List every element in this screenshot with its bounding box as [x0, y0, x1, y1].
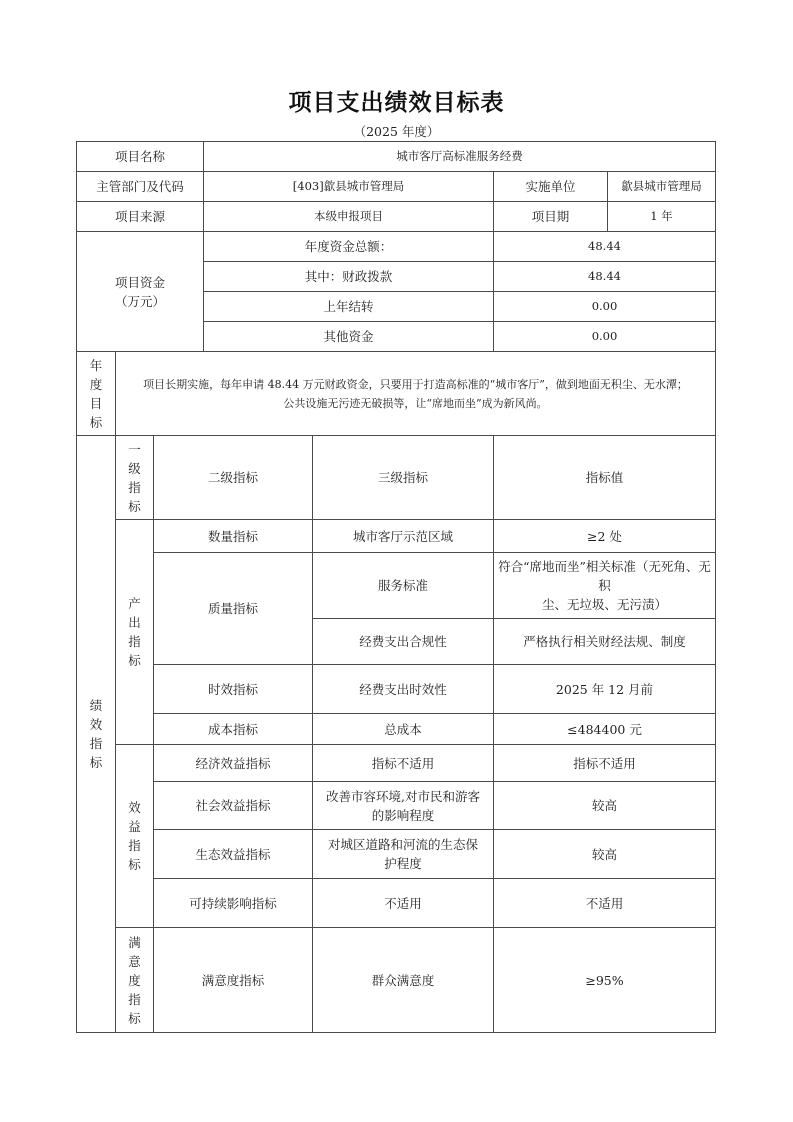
row-annual-goal: 年 度 目 标 项目长期实施，每年申请 48.44 万元财政资金，只要用于打造高… [77, 352, 716, 436]
row-social: 社会效益指标 改善市容环境,对市民和游客 的影响程度 较高 [77, 782, 716, 830]
quality-compliance-level3: 经费支出合规性 [313, 619, 494, 665]
fund-row-label: 年度资金总额： [204, 232, 494, 262]
ecological-level3: 对城区道路和河流的生态保 护程度 [313, 830, 494, 879]
quality-indicator-label: 质量指标 [154, 553, 313, 665]
quality-service-level3: 服务标准 [313, 553, 494, 619]
performance-goal-table: 项目名称 城市客厅高标准服务经费 主管部门及代码 [403]歙县城市管理局 实施… [76, 141, 716, 1033]
fund-row-label: 其中：财政拨款 [204, 262, 494, 292]
social-value: 较高 [494, 782, 716, 830]
annual-goal-line1: 项目长期实施，每年申请 48.44 万元财政资金，只要用于打造高标准的“城市客厅… [124, 375, 707, 394]
quantity-level3: 城市客厅示范区域 [313, 520, 494, 553]
annual-goal-label: 年 度 目 标 [77, 352, 116, 436]
timeliness-level3: 经费支出时效性 [313, 665, 494, 714]
sustainable-indicator-label: 可持续影响指标 [154, 879, 313, 928]
project-name-value: 城市客厅高标准服务经费 [204, 142, 716, 172]
level3-header: 三级指标 [313, 436, 494, 520]
project-source-label: 项目来源 [77, 202, 204, 232]
fund-row-label: 其他资金 [204, 322, 494, 352]
row-timeliness: 时效指标 经费支出时效性 2025 年 12 月前 [77, 665, 716, 714]
ecological-value: 较高 [494, 830, 716, 879]
quality-service-value: 符合“席地而坐”相关标准（无死角、无积 尘、无垃圾、无污渍） [494, 553, 716, 619]
fund-row-value: 0.00 [494, 322, 716, 352]
social-indicator-label: 社会效益指标 [154, 782, 313, 830]
performance-indicators-label: 绩 效 指 标 [77, 436, 116, 1033]
annual-goal-line2: 公共设施无污迹无破损等，让“席地而坐”成为新风尚。 [124, 394, 707, 413]
implementing-unit-value: 歙县城市管理局 [608, 172, 716, 202]
benefit-indicators-label: 效 益 指 标 [116, 745, 154, 928]
fund-row-value: 0.00 [494, 292, 716, 322]
row-quantity: 产 出 指 标 数量指标 城市客厅示范区域 ≥2 处 [77, 520, 716, 553]
social-level3: 改善市容环境,对市民和游客 的影响程度 [313, 782, 494, 830]
project-funds-label-line2: （万元） [81, 292, 199, 311]
quality-compliance-value: 严格执行相关财经法规、制度 [494, 619, 716, 665]
timeliness-value: 2025 年 12 月前 [494, 665, 716, 714]
row-quality-service: 质量指标 服务标准 符合“席地而坐”相关标准（无死角、无积 尘、无垃圾、无污渍） [77, 553, 716, 619]
row-department: 主管部门及代码 [403]歙县城市管理局 实施单位 歙县城市管理局 [77, 172, 716, 202]
row-cost: 成本指标 总成本 ≤484400 元 [77, 714, 716, 745]
satisfaction-indicators-label: 满 意 度 指 标 [116, 928, 154, 1033]
department-label: 主管部门及代码 [77, 172, 204, 202]
implementing-unit-label: 实施单位 [494, 172, 608, 202]
row-satisfaction: 满 意 度 指 标 满意度指标 群众满意度 ≥95% [77, 928, 716, 1033]
fund-row-label: 上年结转 [204, 292, 494, 322]
page-title: 项目支出绩效目标表 [0, 84, 793, 117]
row-project-name: 项目名称 城市客厅高标准服务经费 [77, 142, 716, 172]
fund-row-value: 48.44 [494, 232, 716, 262]
economic-value: 指标不适用 [494, 745, 716, 782]
page-subtitle-year: （2025 年度） [0, 122, 793, 140]
row-sustainable: 可持续影响指标 不适用 不适用 [77, 879, 716, 928]
project-funds-label: 项目资金 （万元） [77, 232, 204, 352]
sustainable-level3: 不适用 [313, 879, 494, 928]
sustainable-value: 不适用 [494, 879, 716, 928]
project-funds-label-line1: 项目资金 [81, 273, 199, 292]
row-indicator-header: 绩 效 指 标 一 级 指 标 二级指标 三级指标 指标值 [77, 436, 716, 520]
indicator-value-header: 指标值 [494, 436, 716, 520]
annual-goal-text: 项目长期实施，每年申请 48.44 万元财政资金，只要用于打造高标准的“城市客厅… [116, 352, 716, 436]
satisfaction-level3: 群众满意度 [313, 928, 494, 1033]
quantity-indicator-label: 数量指标 [154, 520, 313, 553]
fund-row-value: 48.44 [494, 262, 716, 292]
cost-indicator-label: 成本指标 [154, 714, 313, 745]
ecological-indicator-label: 生态效益指标 [154, 830, 313, 879]
row-fund-total: 项目资金 （万元） 年度资金总额： 48.44 [77, 232, 716, 262]
satisfaction-indicator-label: 满意度指标 [154, 928, 313, 1033]
economic-level3: 指标不适用 [313, 745, 494, 782]
row-source: 项目来源 本级申报项目 项目期 1 年 [77, 202, 716, 232]
timeliness-indicator-label: 时效指标 [154, 665, 313, 714]
project-name-label: 项目名称 [77, 142, 204, 172]
project-period-label: 项目期 [494, 202, 608, 232]
level2-header: 二级指标 [154, 436, 313, 520]
department-value: [403]歙县城市管理局 [204, 172, 494, 202]
row-economic: 效 益 指 标 经济效益指标 指标不适用 指标不适用 [77, 745, 716, 782]
satisfaction-value: ≥95% [494, 928, 716, 1033]
output-indicators-label: 产 出 指 标 [116, 520, 154, 745]
cost-value: ≤484400 元 [494, 714, 716, 745]
economic-indicator-label: 经济效益指标 [154, 745, 313, 782]
project-period-value: 1 年 [608, 202, 716, 232]
level1-header: 一 级 指 标 [116, 436, 154, 520]
project-source-value: 本级申报项目 [204, 202, 494, 232]
cost-level3: 总成本 [313, 714, 494, 745]
quantity-value: ≥2 处 [494, 520, 716, 553]
row-ecological: 生态效益指标 对城区道路和河流的生态保 护程度 较高 [77, 830, 716, 879]
